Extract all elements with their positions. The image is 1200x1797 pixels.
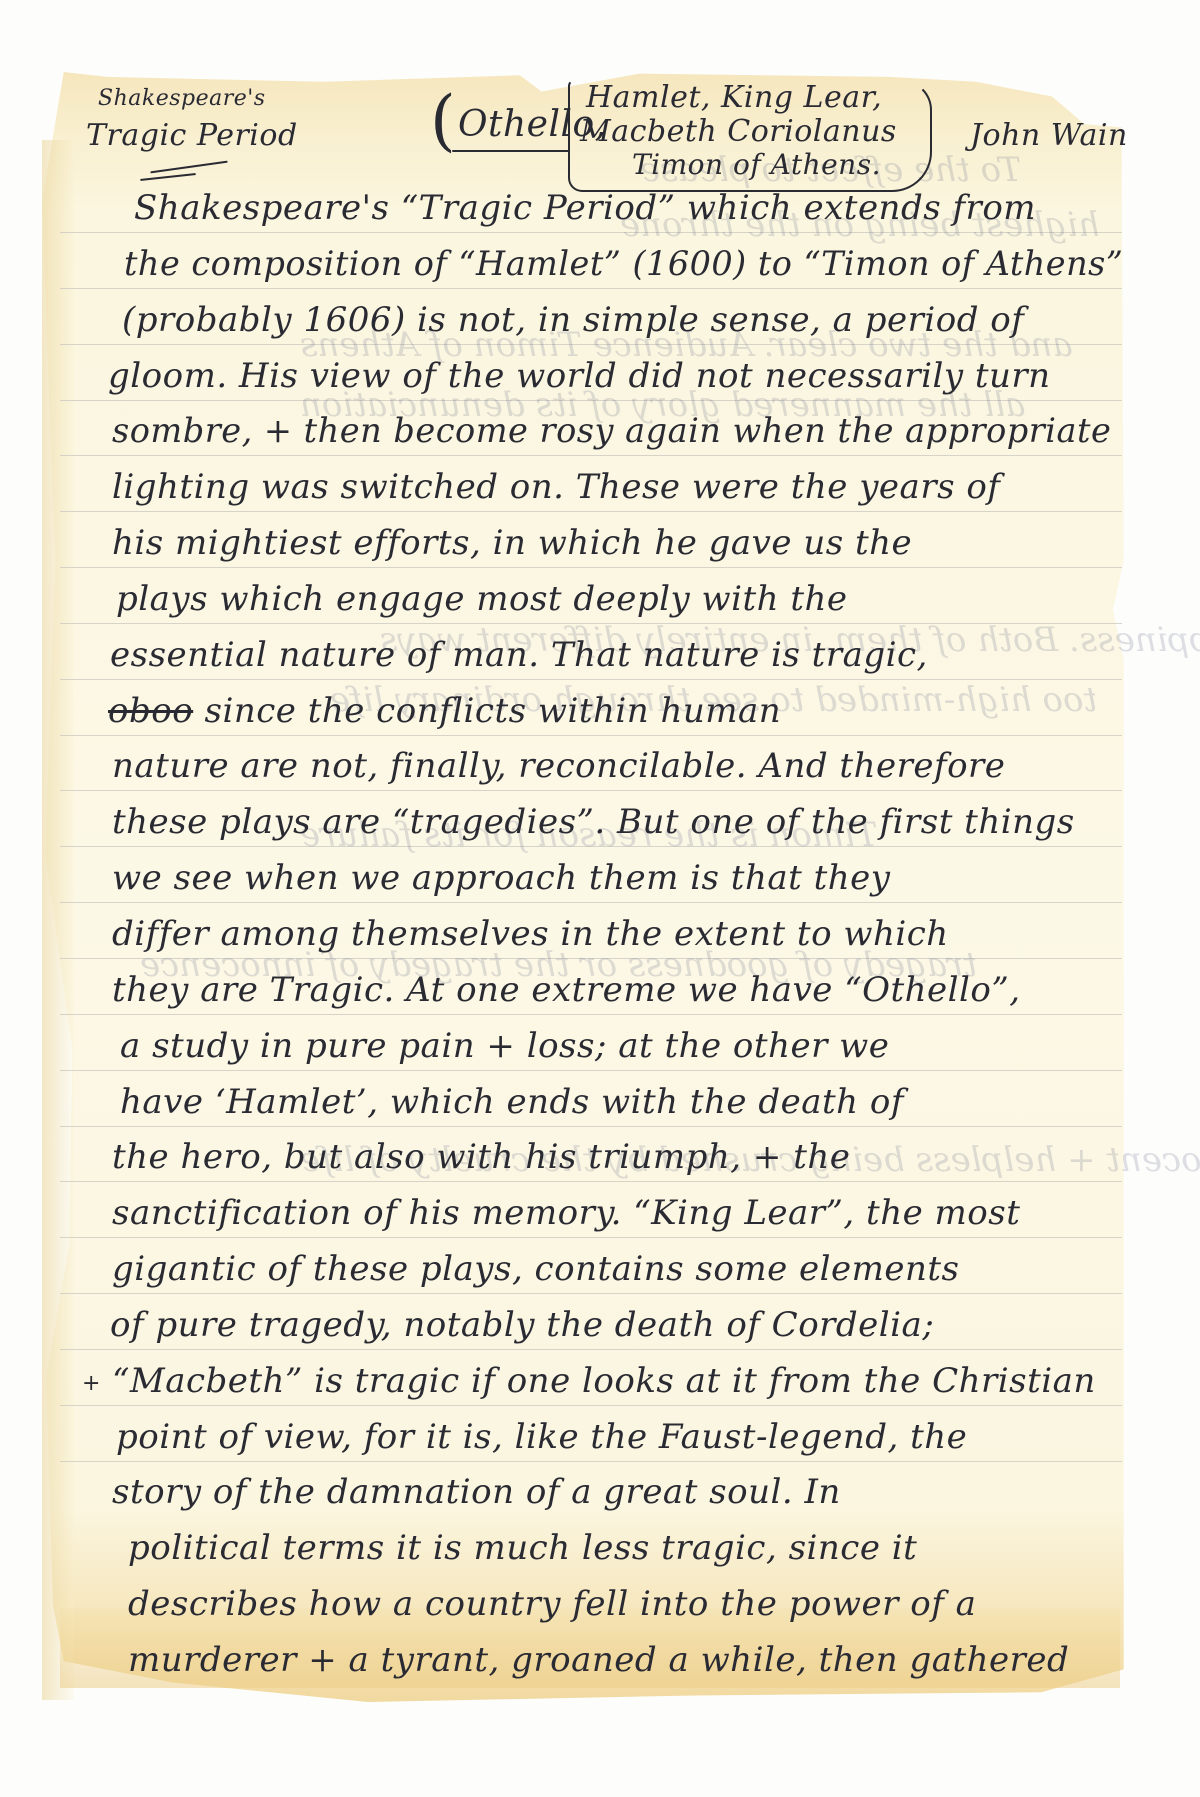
body-line: gloom. His view of the world did not nec… bbox=[108, 356, 1051, 396]
body-line: they are Tragic. At one extreme we have … bbox=[112, 970, 1021, 1010]
body-line-text: since the conflicts within human bbox=[205, 691, 782, 731]
body-line: Shakespeare's “Tragic Period” which exte… bbox=[134, 188, 1036, 228]
paren-open: ( bbox=[430, 82, 456, 159]
body-line: his mightiest efforts, in which he gave … bbox=[112, 523, 912, 563]
body-line: describes how a country fell into the po… bbox=[128, 1584, 976, 1624]
body-line: political terms it is much less tragic, … bbox=[128, 1528, 917, 1568]
body-line: the composition of “Hamlet” (1600) to “T… bbox=[124, 244, 1123, 284]
body-line: we see when we approach them is that the… bbox=[112, 858, 890, 898]
body-line: “Macbeth” is tragic if one looks at it f… bbox=[112, 1361, 1096, 1401]
body-line: story of the damnation of a great soul. … bbox=[112, 1472, 841, 1512]
body-line: lighting was switched on. These were the… bbox=[112, 467, 1000, 507]
body-line: differ among themselves in the extent to… bbox=[112, 914, 949, 954]
header-plays-line3: Timon of Athens. bbox=[632, 148, 881, 181]
body-line: sombre, + then become rosy again when th… bbox=[112, 411, 1111, 451]
header-author: John Wain bbox=[970, 118, 1128, 153]
othello-underline bbox=[452, 150, 570, 152]
body-line: these plays are “tragedies”. But one of … bbox=[112, 802, 1075, 842]
body-line: gigantic of these plays, contains some e… bbox=[112, 1249, 960, 1289]
margin-plus-mark: + bbox=[82, 1371, 100, 1396]
body-line: murderer + a tyrant, groaned a while, th… bbox=[128, 1640, 1069, 1680]
struck-word: oboo bbox=[108, 691, 193, 731]
body-line: sanctification of his memory. “King Lear… bbox=[112, 1193, 1020, 1233]
body-line: essential nature of man. That nature is … bbox=[110, 635, 928, 675]
body-line: of pure tragedy, notably the death of Co… bbox=[110, 1305, 934, 1345]
body-line: point of view, for it is, like the Faust… bbox=[116, 1417, 967, 1457]
body-line-with-strike: oboo since the conflicts within human bbox=[108, 691, 781, 731]
header-shakespeares: Shakespeare's bbox=[98, 86, 266, 111]
body-line: the hero, but also with his triumph, + t… bbox=[112, 1137, 850, 1177]
body-line: have ‘Hamlet’, which ends with the death… bbox=[120, 1082, 904, 1122]
header-plays-line1: Hamlet, King Lear, bbox=[586, 80, 882, 115]
body-line: plays which engage most deeply with the bbox=[116, 579, 848, 619]
body-line: (probably 1606) is not, in simple sense,… bbox=[122, 300, 1024, 340]
header-tragic-period: Tragic Period bbox=[86, 118, 298, 153]
tape-strip-left bbox=[42, 140, 74, 1700]
body-line: nature are not, finally, reconcilable. A… bbox=[112, 746, 1005, 786]
body-line: a study in pure pain + loss; at the othe… bbox=[120, 1026, 889, 1066]
header-plays-line2: Macbeth Coriolanus bbox=[580, 114, 897, 149]
